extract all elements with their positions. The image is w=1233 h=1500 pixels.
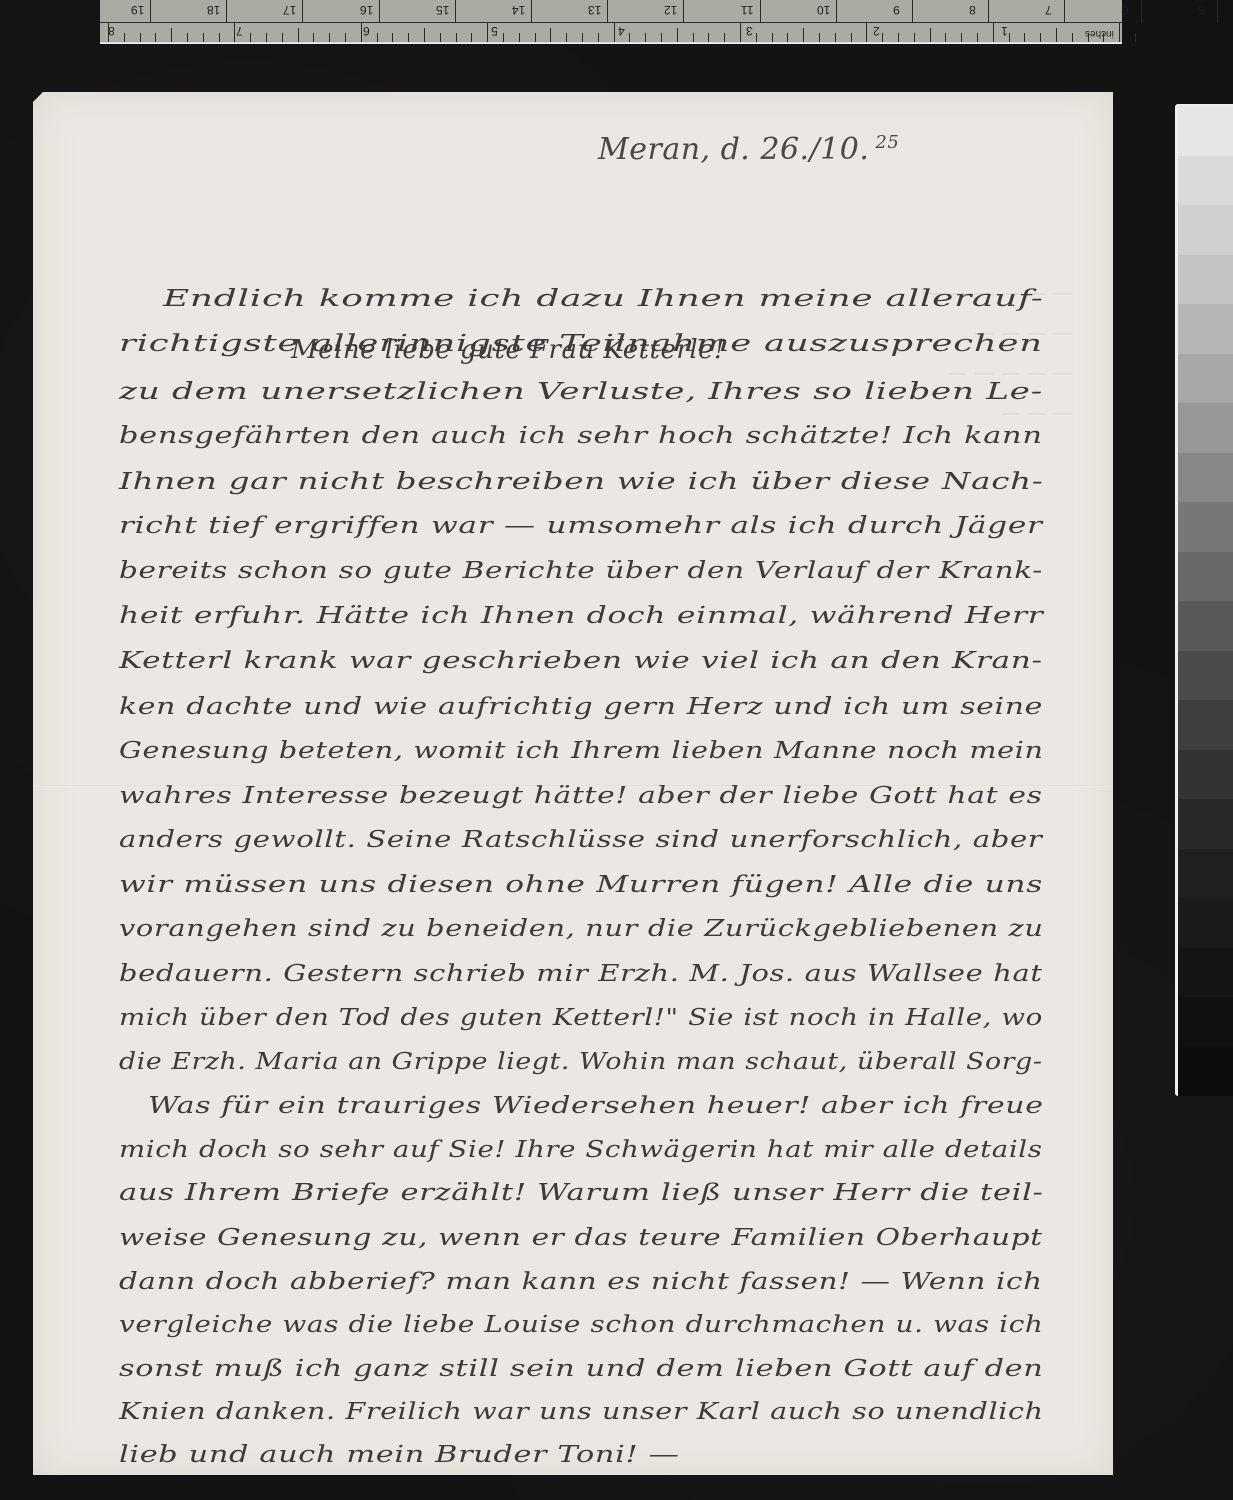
letter-line: bedauern. Gestern schrieb mir Erzh. M. J… (119, 961, 1043, 987)
ruler-inch-tick (993, 22, 994, 42)
measurement-ruler: inches 191817161514131211109876543218765… (100, 0, 1122, 43)
gray-step-patch (1178, 255, 1233, 305)
ruler-cm-label: 12 (664, 3, 677, 17)
ruler-inch-tick (1088, 33, 1089, 42)
ruler-inch-label: 4 (618, 24, 625, 38)
ruler-inch-tick (219, 33, 220, 42)
letter-line: aus Ihrem Briefe erzählt! Warum ließ uns… (119, 1180, 1044, 1206)
ruler-inch-tick (203, 33, 204, 42)
ruler-inch-label: 7 (236, 24, 243, 38)
ruler-cm-tick (455, 0, 456, 22)
ruler-cm-label: 5 (1198, 3, 1205, 17)
ruler-cm-tick (1064, 0, 1065, 22)
gray-step-patch (1178, 651, 1233, 701)
ruler-inch-tick (298, 28, 299, 42)
ruler-inch-tick (693, 33, 694, 42)
gray-step-patch (1178, 849, 1233, 899)
ruler-inch-tick (977, 33, 978, 42)
gray-step-patch (1178, 997, 1233, 1047)
ruler-cm-tick (607, 0, 608, 22)
gray-step-patch (1178, 106, 1233, 156)
ruler-inch-tick (1056, 28, 1057, 42)
ruler-cm-tick (1141, 0, 1142, 22)
letter-line: weise Genesung zu, wenn er das teure Fam… (119, 1225, 1043, 1251)
ruler-inch-tick (740, 22, 741, 42)
gray-step-patch (1178, 799, 1233, 849)
gray-step-patch (1178, 403, 1233, 453)
ruler-inch-tick (313, 33, 314, 42)
ruler-inch-tick (756, 33, 757, 42)
ruler-cm-label: 16 (360, 3, 373, 17)
gray-step-patch (1178, 898, 1233, 948)
ruler-cm-label: 14 (512, 3, 525, 17)
ruler-inch-tick (708, 33, 709, 42)
ruler-inch-tick (1135, 33, 1136, 42)
ruler-inch-label: 6 (363, 24, 370, 38)
letter-page: — — — — — —— — — —— — — — —— — — Meran, … (33, 92, 1113, 1475)
ruler-inch-tick (487, 22, 488, 42)
ruler-inch-tick (629, 33, 630, 42)
ruler-inch-tick (598, 33, 599, 42)
ruler-inch-tick (424, 28, 425, 42)
gray-step-patch (1178, 502, 1233, 552)
gray-step-patch (1178, 453, 1233, 503)
ruler-inch-tick (456, 33, 457, 42)
ruler-cm-label: 6 (1122, 3, 1129, 17)
ruler-inch-tick (835, 33, 836, 42)
letter-line: richtigste allerinnigste Teilnahme auszu… (119, 331, 1043, 357)
ruler-inch-tick (187, 33, 188, 42)
ruler-inch-tick (171, 28, 172, 42)
ruler-inch-tick (645, 33, 646, 42)
ruler-inch-tick (408, 33, 409, 42)
ruler-cm-label: 11 (741, 3, 753, 17)
ruler-cm-tick (531, 0, 532, 22)
gray-step-patch (1178, 750, 1233, 800)
ruler-cm-label: 9 (893, 3, 900, 17)
ruler-cm-tick (683, 0, 684, 22)
ruler-inch-tick (724, 33, 725, 42)
gray-step-patch (1178, 1047, 1233, 1097)
ruler-inch-tick (1040, 33, 1041, 42)
ruler-inch-tick (140, 33, 141, 42)
ruler-cm-tick (836, 0, 837, 22)
grayscale-calibration-card (1175, 104, 1233, 1096)
letter-line: richt tief ergriffen war — umsomehr als … (119, 513, 1043, 539)
dateline-text: Meran, d. 26./10. (598, 132, 869, 167)
ruler-cm-tick (302, 0, 303, 22)
gray-step-patch (1178, 552, 1233, 602)
letter-line: mich über den Tod des guten Ketterl!" Si… (119, 1005, 1043, 1031)
ruler-inch-label: 3 (746, 24, 753, 38)
ruler-inch-tick (961, 33, 962, 42)
gray-step-patch (1178, 304, 1233, 354)
ruler-cm-tick (379, 0, 380, 22)
ruler-inch-tick (550, 28, 551, 42)
ruler-inch-tick (1103, 33, 1104, 42)
letter-line: sonst muß ich ganz still sein und dem li… (119, 1356, 1044, 1382)
letter-line: vergleiche was die liebe Louise schon du… (119, 1312, 1043, 1338)
ruler-inch-tick (535, 33, 536, 42)
ruler-cm-tick (988, 0, 989, 22)
ruler-cm-label: 15 (436, 3, 449, 17)
ruler-inch-label: 5 (491, 24, 498, 38)
gray-step-patch (1178, 601, 1233, 651)
letter-line: wir müssen uns diesen ohne Murren fügen!… (119, 872, 1043, 898)
letter-line: Knien danken. Freilich war uns unser Kar… (119, 1399, 1044, 1425)
letter-line: dann doch abberief? man kann es nicht fa… (119, 1269, 1043, 1295)
letter-line: lieb und auch mein Bruder Toni! — (119, 1442, 680, 1468)
letter-line: zu dem unersetzlichen Verluste, Ihres so… (119, 379, 1043, 405)
ruler-cm-label: 7 (1045, 3, 1052, 17)
gray-step-patch (1178, 156, 1233, 206)
letter-line: heit erfuhr. Hätte ich Ihnen doch einmal… (119, 603, 1043, 629)
ruler-inch-tick (124, 33, 125, 42)
ruler-inch-tick (1024, 33, 1025, 42)
letter-line: Genesung beteten, womit ich Ihrem lieben… (119, 738, 1044, 764)
ruler-inch-tick (282, 33, 283, 42)
ruler-inch-tick (155, 33, 156, 42)
ruler-cm-tick (760, 0, 761, 22)
ruler-inch-tick (661, 33, 662, 42)
ruler-inch-label: 1 (1001, 24, 1008, 38)
ruler-cm-label: 8 (969, 3, 976, 17)
letter-line: anders gewollt. Seine Ratschlüsse sind u… (119, 827, 1042, 853)
gray-step-patch (1178, 205, 1233, 255)
ruler-cm-tick (1217, 0, 1218, 22)
ruler-inch-tick (866, 22, 867, 42)
ruler-inch-tick (250, 33, 251, 42)
ruler-inch-tick (519, 33, 520, 42)
letter-line: vorangehen sind zu beneiden, nur die Zur… (119, 916, 1044, 942)
ruler-inch-tick (772, 33, 773, 42)
ruler-inch-tick (787, 33, 788, 42)
letter-dateline: Meran, d. 26./10.25 (598, 132, 899, 167)
letter-line: ken dachte und wie aufrichtig gern Herz … (119, 694, 1043, 720)
ruler-inch-label: 2 (873, 24, 880, 38)
ruler-inch-tick (945, 33, 946, 42)
letter-line: Endlich komme ich dazu Ihnen meine aller… (163, 286, 1044, 312)
ruler-inch-tick (392, 33, 393, 42)
ruler-inch-tick (882, 33, 883, 42)
ruler-cm-label: 13 (588, 3, 601, 17)
ruler-inch-tick (677, 28, 678, 42)
letter-line: mich doch so sehr auf Sie! Ihre Schwäger… (119, 1137, 1042, 1163)
ruler-unit-label: inches (1085, 28, 1114, 39)
ruler-inch-tick (471, 33, 472, 42)
ruler-cm-tick (150, 0, 151, 22)
ruler-cm-tick (912, 0, 913, 22)
gray-step-patch (1178, 948, 1233, 998)
ruler-inch-tick (377, 33, 378, 42)
ruler-inch-tick (914, 33, 915, 42)
ruler-inch-tick (329, 33, 330, 42)
ruler-inch-tick (566, 33, 567, 42)
letter-line: wahres Interesse bezeugt hätte! aber der… (119, 783, 1043, 809)
ruler-inch-tick (1009, 33, 1010, 42)
ruler-inch-tick (1072, 33, 1073, 42)
gray-step-patch (1178, 700, 1233, 750)
ruler-cm-label: 10 (817, 3, 830, 17)
ruler-inch-tick (266, 33, 267, 42)
ruler-cm-label: 17 (283, 3, 296, 17)
ruler-cm-tick (226, 0, 227, 22)
ruler-inch-tick (440, 33, 441, 42)
ruler-cm-label: 19 (131, 3, 144, 17)
ruler-inch-tick (614, 22, 615, 42)
ruler-inch-tick (582, 33, 583, 42)
letter-line: die Erzh. Maria an Grippe liegt. Wohin m… (119, 1049, 1042, 1075)
ruler-inch-tick (503, 33, 504, 42)
ruler-inch-tick (361, 22, 362, 42)
letter-line: Ihnen gar nicht beschreiben wie ich über… (119, 469, 1044, 495)
ruler-inch-tick (851, 33, 852, 42)
ruler-inch-tick (1119, 22, 1120, 42)
letter-line: Ketterl krank war geschrieben wie viel i… (119, 648, 1043, 674)
letter-line: bensgefährten den auch ich sehr hoch sch… (119, 423, 1043, 449)
ruler-inch-tick (803, 28, 804, 42)
ruler-inch-tick (819, 33, 820, 42)
dateline-year: 25 (875, 132, 899, 153)
ruler-inch-tick (930, 28, 931, 42)
ruler-inch-tick (898, 33, 899, 42)
ruler-cm-label: 18 (207, 3, 220, 17)
letter-line: Was für ein trauriges Wiedersehen heuer!… (148, 1093, 1044, 1119)
letter-line: bereits schon so gute Berichte über den … (119, 558, 1043, 584)
ruler-inch-tick (345, 33, 346, 42)
ruler-inch-label: 8 (108, 24, 115, 38)
gray-step-patch (1178, 354, 1233, 404)
